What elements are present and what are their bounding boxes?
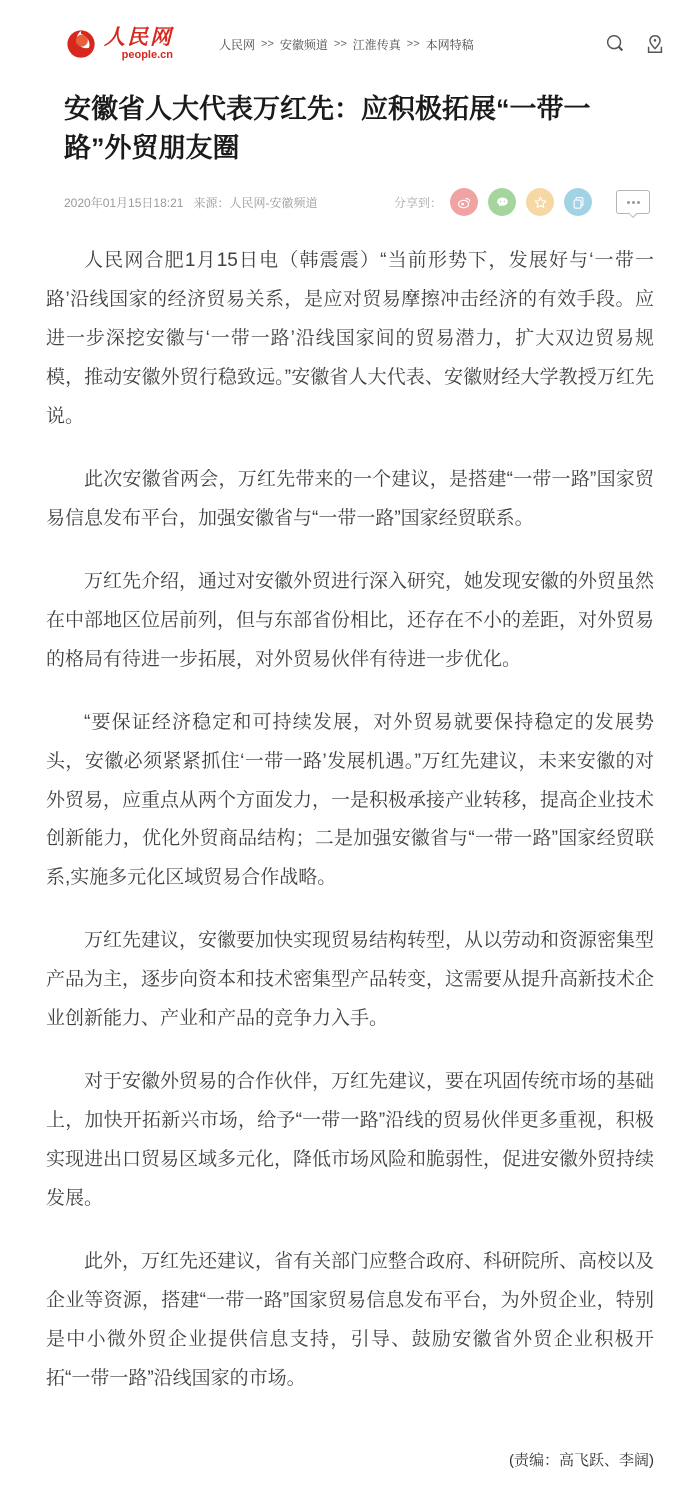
- wechat-icon: [495, 195, 510, 210]
- editor-note: (责编：高飞跃、李阔): [0, 1423, 700, 1510]
- peoplecn-logo[interactable]: 人民网 people.cn: [64, 27, 173, 61]
- article-meta: 2020年01月15日18:21 来源：人民网-安徽频道: [64, 194, 317, 211]
- publish-date: 2020年01月15日18:21: [64, 196, 183, 210]
- breadcrumb-item-channel[interactable]: 安徽频道: [280, 36, 328, 53]
- meta-row: 2020年01月15日18:21 来源：人民网-安徽频道 分享到：: [0, 168, 700, 216]
- breadcrumb: 人民网 >> 安徽频道 >> 江淮传真 >> 本网特稿: [219, 36, 474, 53]
- article-paragraph: 对于安徽外贸易的合作伙伴，万红先建议，要在巩固传统市场的基础上，加快开拓新兴市场…: [46, 1063, 654, 1219]
- share-copy-button[interactable]: [564, 188, 592, 216]
- breadcrumb-item-section[interactable]: 江淮传真: [353, 36, 401, 53]
- share-qzone-button[interactable]: [526, 188, 554, 216]
- peoplecn-logo-text: 人民网 people.cn: [104, 27, 173, 61]
- breadcrumb-item-home[interactable]: 人民网: [219, 36, 255, 53]
- source-link[interactable]: 人民网-安徽频道: [229, 196, 317, 210]
- copy-pages-icon: [571, 195, 586, 210]
- weibo-icon: [457, 195, 472, 210]
- comment-dot: [637, 201, 640, 204]
- location-icon[interactable]: [644, 33, 666, 55]
- share-label: 分享到：: [394, 194, 442, 211]
- article-paragraph: “要保证经济稳定和可持续发展，对外贸易就要保持稳定的发展势头，安徽必须紧紧抓住‘…: [46, 704, 654, 899]
- comment-dot: [632, 201, 635, 204]
- qzone-star-icon: [533, 195, 548, 210]
- breadcrumb-separator: >>: [407, 38, 420, 50]
- logo-cn-label: 人民网: [104, 27, 173, 48]
- breadcrumb-item-special[interactable]: 本网特稿: [426, 36, 474, 53]
- comment-button[interactable]: [616, 190, 650, 214]
- header-icons: [604, 33, 666, 55]
- article-paragraph: 万红先建议，安徽要加快实现贸易结构转型，从以劳动和资源密集型产品为主，逐步向资本…: [46, 922, 654, 1039]
- article-page: 人民网 people.cn 人民网 >> 安徽频道 >> 江淮传真 >> 本网特…: [0, 0, 700, 1510]
- source-label: 来源：: [193, 196, 229, 210]
- breadcrumb-separator: >>: [261, 38, 274, 50]
- article-body: 人民网合肥1月15日电（韩震震）“当前形势下，发展好与‘一带一路’沿线国家的经济…: [0, 216, 700, 1398]
- search-icon[interactable]: [604, 33, 626, 55]
- comment-dot: [627, 201, 630, 204]
- article-paragraph: 此外，万红先还建议，省有关部门应整合政府、科研院所、高校以及企业等资源，搭建“一…: [46, 1243, 654, 1399]
- title-section: 安徽省人大代表万红先：应积极拓展“一带一路”外贸朋友圈: [0, 74, 700, 168]
- logo-en-label: people.cn: [104, 50, 173, 61]
- article-paragraph: 人民网合肥1月15日电（韩震震）“当前形势下，发展好与‘一带一路’沿线国家的经济…: [46, 242, 654, 437]
- share-toolbar: 分享到：: [394, 188, 650, 216]
- share-wechat-button[interactable]: [488, 188, 516, 216]
- share-weibo-button[interactable]: [450, 188, 478, 216]
- page-title: 安徽省人大代表万红先：应积极拓展“一带一路”外贸朋友圈: [64, 90, 640, 168]
- breadcrumb-separator: >>: [334, 38, 347, 50]
- article-paragraph: 万红先介绍，通过对安徽外贸进行深入研究，她发现安徽的外贸虽然在中部地区位居前列，…: [46, 563, 654, 680]
- peoplecn-logo-icon: [64, 27, 98, 61]
- article-paragraph: 此次安徽省两会，万红先带来的一个建议，是搭建“一带一路”国家贸易信息发布平台，加…: [46, 461, 654, 539]
- site-header: 人民网 people.cn 人民网 >> 安徽频道 >> 江淮传真 >> 本网特…: [0, 12, 700, 74]
